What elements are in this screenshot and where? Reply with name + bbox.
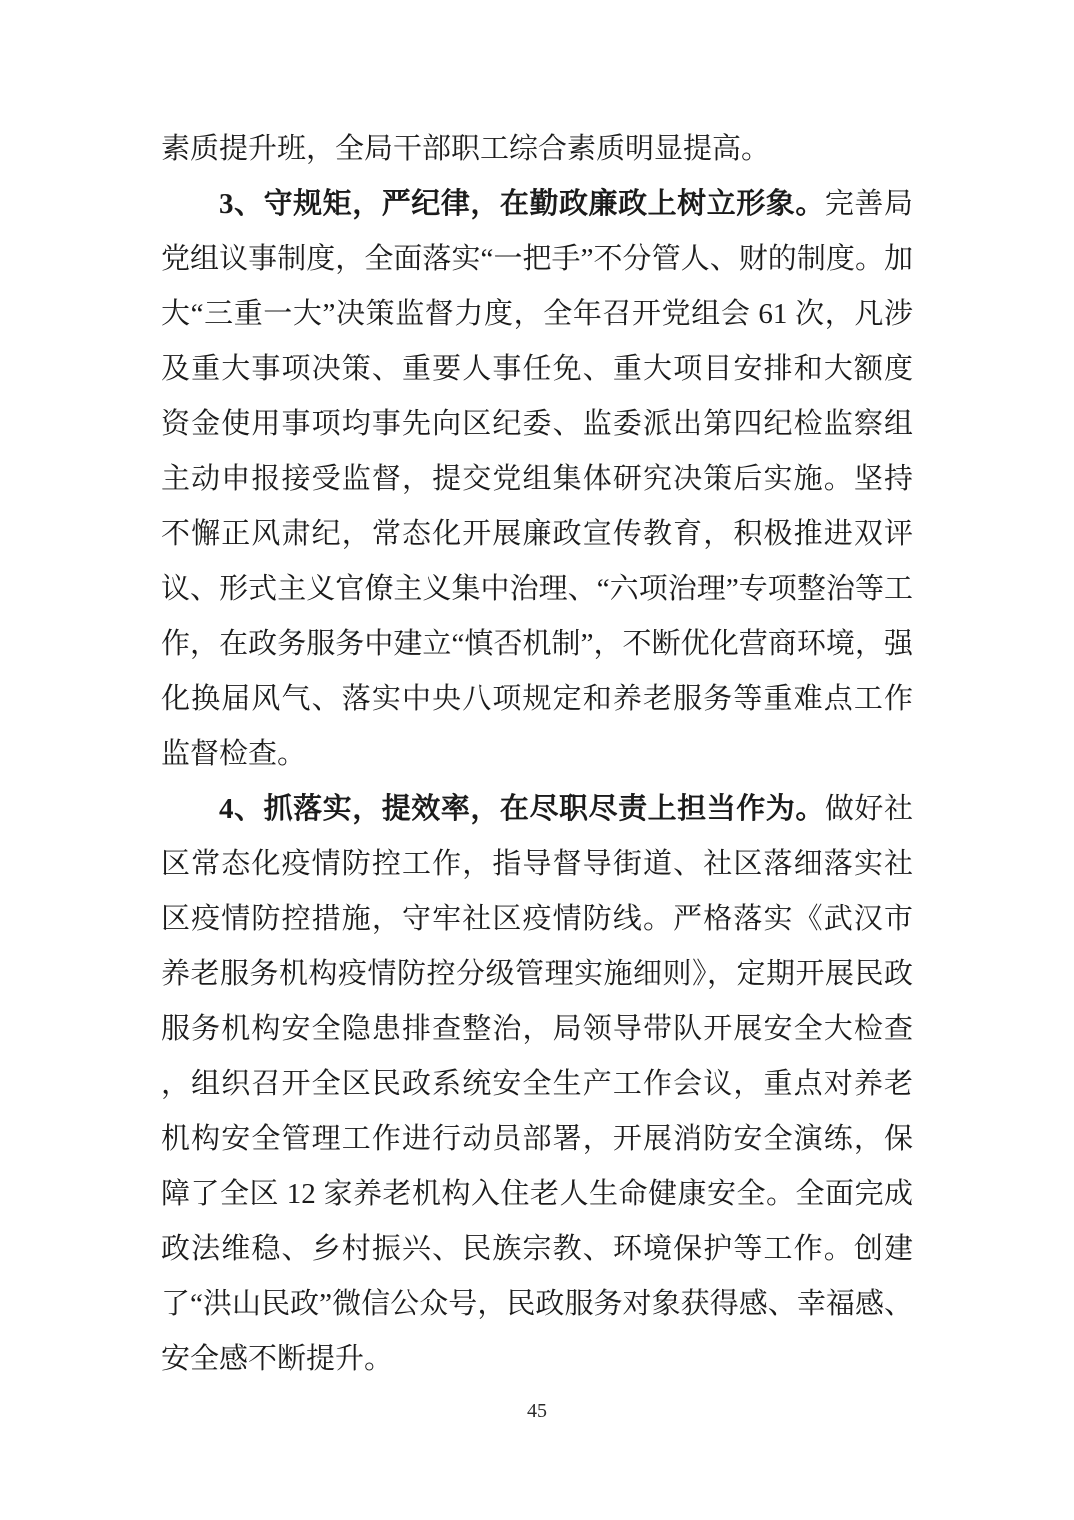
paragraph: 素质提升班，全局干部职工综合素质明显提高。: [161, 122, 913, 177]
document-page: 素质提升班，全局干部职工综合素质明显提高。3、守规矩，严纪律，在勤政廉政上树立形…: [0, 0, 1074, 1520]
body-text-run: 完善局党组议事制度，全面落实“一把手”不分管人、财的制度。加大“三重一大”决策监…: [161, 188, 913, 770]
section-heading-run: 4、抓落实，提效率，在尽职尽责上担当作为。: [219, 793, 825, 825]
body-text-run: 素质提升班，全局干部职工综合素质明显提高。: [161, 133, 770, 165]
page-number: 45: [0, 1400, 1074, 1423]
document-body: 素质提升班，全局干部职工综合素质明显提高。3、守规矩，严纪律，在勤政廉政上树立形…: [161, 122, 913, 1387]
section-heading-run: 3、守规矩，严纪律，在勤政廉政上树立形象。: [219, 188, 825, 220]
paragraph: 3、守规矩，严纪律，在勤政廉政上树立形象。完善局党组议事制度，全面落实“一把手”…: [161, 177, 913, 782]
body-text-run: 做好社区常态化疫情防控工作，指导督导街道、社区落细落实社区疫情防控措施，守牢社区…: [161, 793, 913, 1375]
paragraph: 4、抓落实，提效率，在尽职尽责上担当作为。做好社区常态化疫情防控工作，指导督导街…: [161, 782, 913, 1387]
